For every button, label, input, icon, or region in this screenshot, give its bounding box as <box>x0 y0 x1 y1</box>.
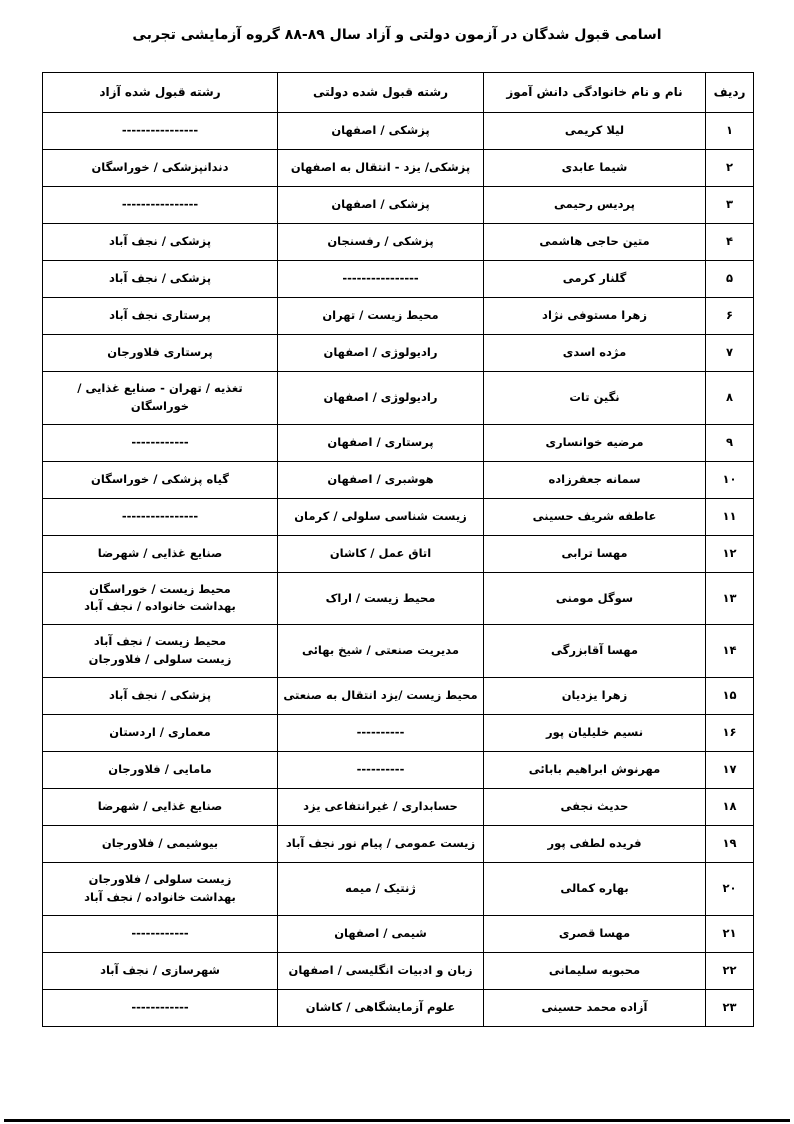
azad-major-cell: ---------------- <box>43 187 278 224</box>
table-row: ۴متین حاجی هاشمیپزشکی / رفسنجانپزشکی / ن… <box>43 224 754 261</box>
row-number-cell: ۲۲ <box>706 952 754 989</box>
state-major-cell: ---------- <box>278 751 484 788</box>
page-title: اسامی قبول شدگان در آزمون دولتی و آزاد س… <box>0 27 794 43</box>
azad-major-cell: زیست سلولی / فلاورجان بهداشت خانواده / ن… <box>43 862 278 915</box>
row-number-cell: ۱ <box>706 113 754 150</box>
row-number-cell: ۸ <box>706 372 754 425</box>
student-name-cell: حدیث نجفی <box>484 788 706 825</box>
row-number-cell: ۴ <box>706 224 754 261</box>
state-major-cell: پزشکی/ یزد - انتقال به اصفهان <box>278 150 484 187</box>
student-name-cell: مهسا آقابزرگی <box>484 625 706 678</box>
table-row: ۲۲محبوبه سلیمانیزبان و ادبیات انگلیسی / … <box>43 952 754 989</box>
state-major-cell: پرستاری / اصفهان <box>278 424 484 461</box>
state-major-cell: زیست عمومی / پیام نور نجف آباد <box>278 825 484 862</box>
student-name-cell: فریده لطفی پور <box>484 825 706 862</box>
table-row: ۲۳آزاده محمد حسینیعلوم آزمایشگاهی / کاشا… <box>43 989 754 1026</box>
azad-major-cell: ------------ <box>43 915 278 952</box>
header-row: ردیف نام و نام خانوادگی دانش آموز رشته ق… <box>43 73 754 113</box>
azad-major-cell: ---------------- <box>43 113 278 150</box>
state-major-cell: ژنتیک / میمه <box>278 862 484 915</box>
student-name-cell: نسیم خلیلیان پور <box>484 714 706 751</box>
state-major-cell: پزشکی / اصفهان <box>278 187 484 224</box>
row-number-cell: ۱۰ <box>706 461 754 498</box>
student-name-cell: مهرنوش ابراهیم بابائی <box>484 751 706 788</box>
azad-major-cell: پرستاری فلاورجان <box>43 335 278 372</box>
column-header-azad-major: رشته قبول شده آزاد <box>43 73 278 113</box>
state-major-cell: مدیریت صنعتی / شیخ بهائی <box>278 625 484 678</box>
student-name-cell: پردیس رحیمی <box>484 187 706 224</box>
table-row: ۱۴مهسا آقابزرگیمدیریت صنعتی / شیخ بهائیم… <box>43 625 754 678</box>
state-major-cell: حسابداری / غیرانتفاعی یزد <box>278 788 484 825</box>
results-table-body: ۱لیلا کریمیپزشکی / اصفهان---------------… <box>43 113 754 1027</box>
table-row: ۲شیما عابدیپزشکی/ یزد - انتقال به اصفهان… <box>43 150 754 187</box>
azad-major-cell: پزشکی / نجف آباد <box>43 677 278 714</box>
student-name-cell: زهرا مستوفی نژاد <box>484 298 706 335</box>
row-number-cell: ۲۱ <box>706 915 754 952</box>
state-major-cell: زیست شناسی سلولی / کرمان <box>278 498 484 535</box>
state-major-cell: زبان و ادبیات انگلیسی / اصفهان <box>278 952 484 989</box>
row-number-cell: ۷ <box>706 335 754 372</box>
student-name-cell: آزاده محمد حسینی <box>484 989 706 1026</box>
table-row: ۱۶نسیم خلیلیان پور----------معماری / ارد… <box>43 714 754 751</box>
table-row: ۱۵زهرا یزدیانمحیط زیست /یزد انتقال به صن… <box>43 677 754 714</box>
azad-major-cell: مامایی / فلاورجان <box>43 751 278 788</box>
student-name-cell: گلنار کرمی <box>484 261 706 298</box>
document-page: { "title": "اسامی قبول شدگان در آزمون دو… <box>0 0 794 1124</box>
student-name-cell: مهسا ترابی <box>484 535 706 572</box>
table-row: ۶زهرا مستوفی نژادمحیط زیست / تهرانپرستار… <box>43 298 754 335</box>
table-row: ۷مژده اسدیرادیولوژی / اصفهانپرستاری فلاو… <box>43 335 754 372</box>
row-number-cell: ۲۰ <box>706 862 754 915</box>
table-row: ۱۹فریده لطفی پورزیست عمومی / پیام نور نج… <box>43 825 754 862</box>
state-major-cell: ---------- <box>278 714 484 751</box>
column-header-student-name: نام و نام خانوادگی دانش آموز <box>484 73 706 113</box>
state-major-cell: رادیولوژی / اصفهان <box>278 335 484 372</box>
azad-major-cell: پرستاری نجف آباد <box>43 298 278 335</box>
state-major-cell: محیط زیست / اراک <box>278 572 484 625</box>
azad-major-cell: محیط زیست / نجف آباد زیست سلولی / فلاورج… <box>43 625 278 678</box>
azad-major-cell: صنایع غذایی / شهرضا <box>43 535 278 572</box>
table-row: ۹مرضیه خوانساریپرستاری / اصفهان---------… <box>43 424 754 461</box>
azad-major-cell: شهرسازی / نجف آباد <box>43 952 278 989</box>
azad-major-cell: ------------ <box>43 424 278 461</box>
row-number-cell: ۱۳ <box>706 572 754 625</box>
state-major-cell: رادیولوژی / اصفهان <box>278 372 484 425</box>
student-name-cell: لیلا کریمی <box>484 113 706 150</box>
table-row: ۲۱مهسا قصریشیمی / اصفهان------------ <box>43 915 754 952</box>
row-number-cell: ۲ <box>706 150 754 187</box>
azad-major-cell: محیط زیست / خوراسگان بهداشت خانواده / نج… <box>43 572 278 625</box>
table-row: ۱لیلا کریمیپزشکی / اصفهان---------------… <box>43 113 754 150</box>
azad-major-cell: ------------ <box>43 989 278 1026</box>
table-row: ۱۲مهسا ترابیاتاق عمل / کاشانصنایع غذایی … <box>43 535 754 572</box>
column-header-state-major: رشته قبول شده دولتی <box>278 73 484 113</box>
footer-divider <box>4 1119 790 1122</box>
row-number-cell: ۱۱ <box>706 498 754 535</box>
state-major-cell: هوشبری / اصفهان <box>278 461 484 498</box>
azad-major-cell: صنایع غذایی / شهرضا <box>43 788 278 825</box>
table-row: ۳پردیس رحیمیپزشکی / اصفهان--------------… <box>43 187 754 224</box>
row-number-cell: ۱۴ <box>706 625 754 678</box>
state-major-cell: شیمی / اصفهان <box>278 915 484 952</box>
table-row: ۱۷مهرنوش ابراهیم بابائی----------مامایی … <box>43 751 754 788</box>
azad-major-cell: ---------------- <box>43 498 278 535</box>
table-row: ۸نگین تاترادیولوژی / اصفهانتغذیه / تهران… <box>43 372 754 425</box>
row-number-cell: ۱۶ <box>706 714 754 751</box>
azad-major-cell: پزشکی / نجف آباد <box>43 224 278 261</box>
student-name-cell: مرضیه خوانساری <box>484 424 706 461</box>
azad-major-cell: تغذیه / تهران - صنایع غذایی / خوراسگان <box>43 372 278 425</box>
student-name-cell: مژده اسدی <box>484 335 706 372</box>
azad-major-cell: بیوشیمی / فلاورجان <box>43 825 278 862</box>
state-major-cell: محیط زیست / تهران <box>278 298 484 335</box>
row-number-cell: ۱۹ <box>706 825 754 862</box>
row-number-cell: ۹ <box>706 424 754 461</box>
table-row: ۱۸حدیث نجفیحسابداری / غیرانتفاعی یزدصنای… <box>43 788 754 825</box>
state-major-cell: محیط زیست /یزد انتقال به صنعتی <box>278 677 484 714</box>
column-header-row-number: ردیف <box>706 73 754 113</box>
state-major-cell: پزشکی / رفسنجان <box>278 224 484 261</box>
azad-major-cell: معماری / اردستان <box>43 714 278 751</box>
row-number-cell: ۵ <box>706 261 754 298</box>
student-name-cell: عاطفه شریف حسینی <box>484 498 706 535</box>
table-row: ۵گلنار کرمی----------------پزشکی / نجف آ… <box>43 261 754 298</box>
results-table: ردیف نام و نام خانوادگی دانش آموز رشته ق… <box>42 72 754 1027</box>
results-table-header: ردیف نام و نام خانوادگی دانش آموز رشته ق… <box>43 73 754 113</box>
student-name-cell: متین حاجی هاشمی <box>484 224 706 261</box>
student-name-cell: سوگل مومنی <box>484 572 706 625</box>
azad-major-cell: دندانپزشکی / خوراسگان <box>43 150 278 187</box>
table-row: ۱۰سمانه جعفرزادههوشبری / اصفهانگیاه پزشک… <box>43 461 754 498</box>
row-number-cell: ۶ <box>706 298 754 335</box>
row-number-cell: ۱۸ <box>706 788 754 825</box>
student-name-cell: شیما عابدی <box>484 150 706 187</box>
table-row: ۲۰بهاره کمالیژنتیک / میمهزیست سلولی / فل… <box>43 862 754 915</box>
state-major-cell: ---------------- <box>278 261 484 298</box>
row-number-cell: ۲۳ <box>706 989 754 1026</box>
state-major-cell: پزشکی / اصفهان <box>278 113 484 150</box>
table-row: ۱۳سوگل مومنیمحیط زیست / اراکمحیط زیست / … <box>43 572 754 625</box>
azad-major-cell: گیاه پزشکی / خوراسگان <box>43 461 278 498</box>
row-number-cell: ۱۵ <box>706 677 754 714</box>
row-number-cell: ۳ <box>706 187 754 224</box>
student-name-cell: محبوبه سلیمانی <box>484 952 706 989</box>
table-row: ۱۱عاطفه شریف حسینیزیست شناسی سلولی / کرم… <box>43 498 754 535</box>
student-name-cell: نگین تات <box>484 372 706 425</box>
state-major-cell: اتاق عمل / کاشان <box>278 535 484 572</box>
row-number-cell: ۱۷ <box>706 751 754 788</box>
state-major-cell: علوم آزمایشگاهی / کاشان <box>278 989 484 1026</box>
student-name-cell: سمانه جعفرزاده <box>484 461 706 498</box>
student-name-cell: بهاره کمالی <box>484 862 706 915</box>
student-name-cell: زهرا یزدیان <box>484 677 706 714</box>
row-number-cell: ۱۲ <box>706 535 754 572</box>
azad-major-cell: پزشکی / نجف آباد <box>43 261 278 298</box>
student-name-cell: مهسا قصری <box>484 915 706 952</box>
